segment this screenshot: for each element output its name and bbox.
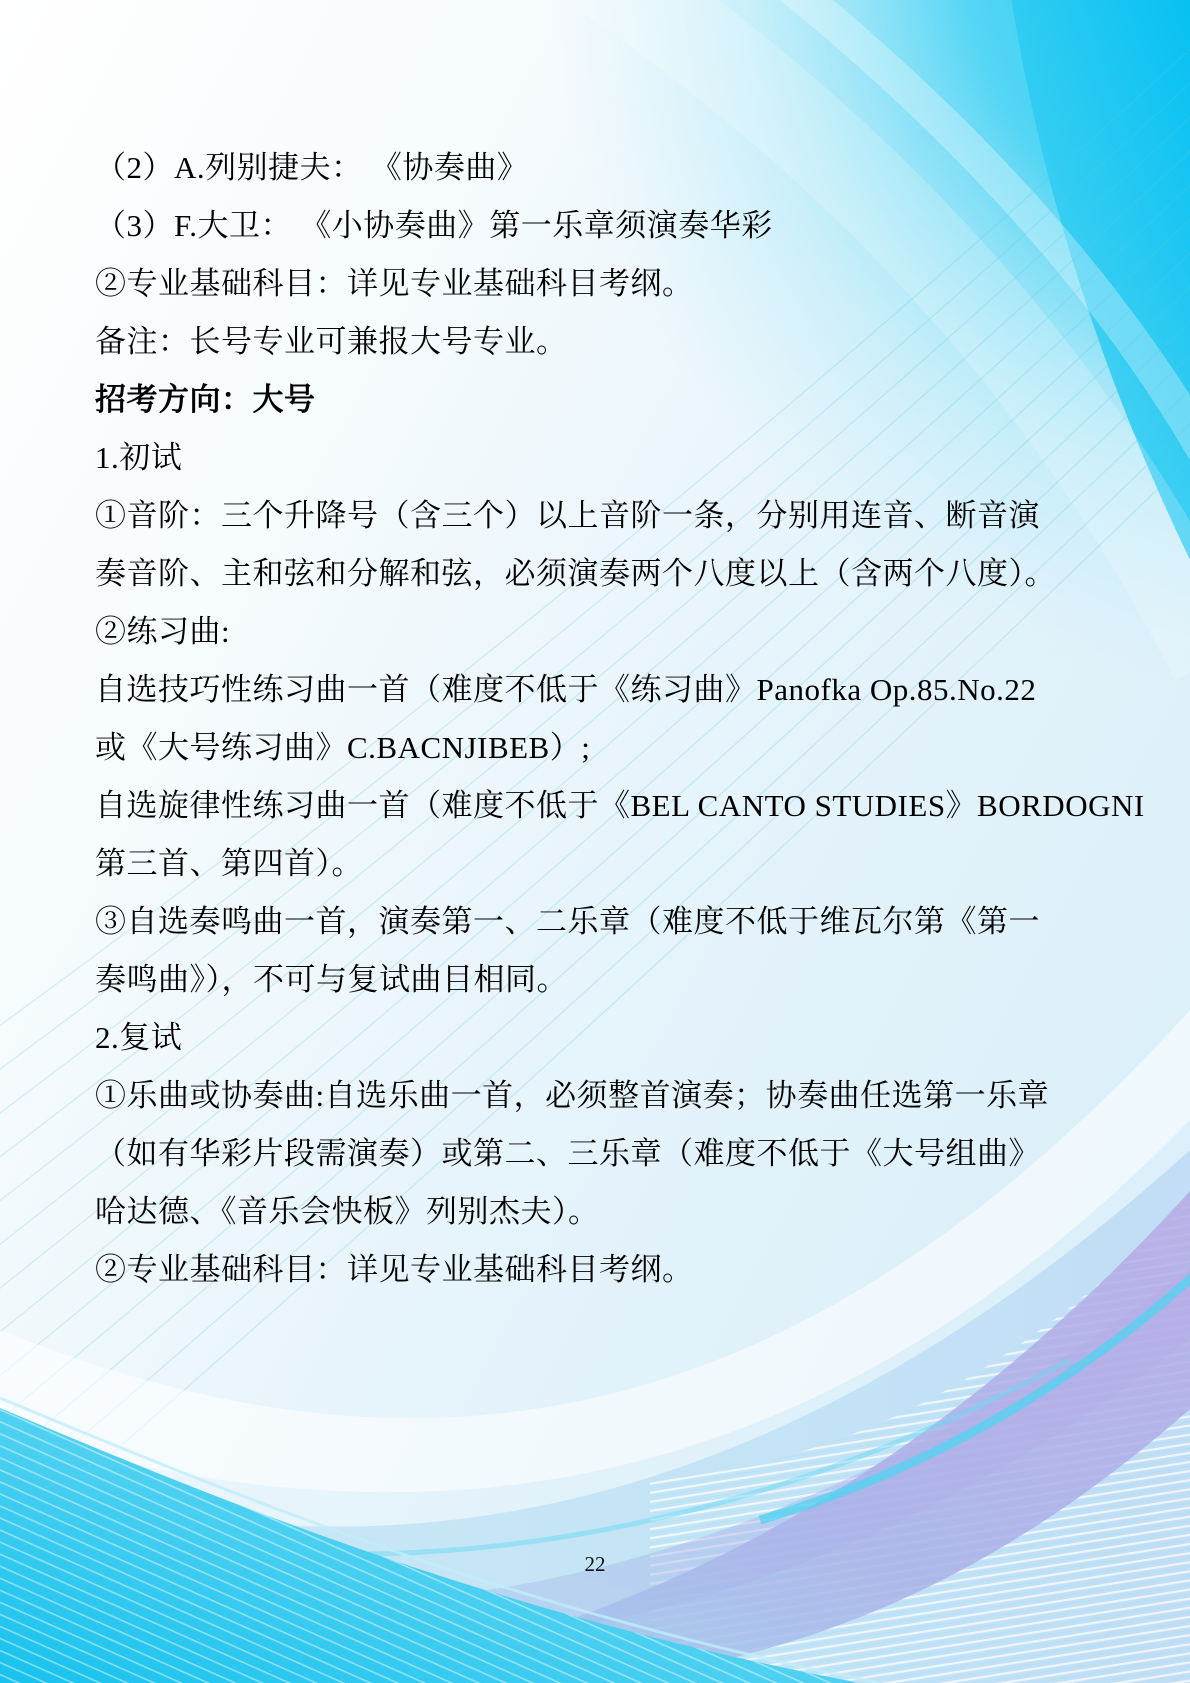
doc-line: ②练习曲: [95,603,1110,661]
page-number: 22 [0,1552,1190,1577]
doc-line: 哈达德、《音乐会快板》列别杰夫）。 [95,1183,1110,1241]
document-text-block: （2）A.列别捷夫： 《协奏曲》 （3）F.大卫： 《小协奏曲》第一乐章须演奏华… [95,139,1110,1299]
doc-line: 或《大号练习曲》C.BACNJIBEB）; [95,719,1110,777]
doc-line: 第三首、第四首）。 [95,835,1110,893]
doc-line: ②专业基础科目：详见专业基础科目考纲。 [95,255,1110,313]
doc-line: 奏音阶、主和弦和分解和弦，必须演奏两个八度以上（含两个八度）。 [95,545,1110,603]
doc-line: ③自选奏鸣曲一首，演奏第一、二乐章（难度不低于维瓦尔第《第一 [95,893,1110,951]
doc-line: ①乐曲或协奏曲:自选乐曲一首，必须整首演奏；协奏曲任选第一乐章 [95,1067,1110,1125]
doc-line: （2）A.列别捷夫： 《协奏曲》 [95,139,1110,197]
doc-line: 自选技巧性练习曲一首（难度不低于《练习曲》Panofka Op.85.No.22 [95,661,1110,719]
document-page: （2）A.列别捷夫： 《协奏曲》 （3）F.大卫： 《小协奏曲》第一乐章须演奏华… [0,0,1190,1683]
doc-line: ①音阶：三个升降号（含三个）以上音阶一条，分别用连音、断音演 [95,487,1110,545]
doc-line: （3）F.大卫： 《小协奏曲》第一乐章须演奏华彩 [95,197,1110,255]
doc-line: 奏鸣曲》），不可与复试曲目相同。 [95,951,1110,1009]
doc-line: 自选旋律性练习曲一首（难度不低于《BEL CANTO STUDIES》BORDO… [95,777,1110,835]
doc-line: 1.初试 [95,429,1110,487]
doc-line: （如有华彩片段需演奏）或第二、三乐章（难度不低于《大号组曲》 [95,1125,1110,1183]
doc-line: 备注：长号专业可兼报大号专业。 [95,313,1110,371]
doc-line: 2.复试 [95,1009,1110,1067]
section-heading: 招考方向：大号 [95,371,1110,429]
doc-line: ②专业基础科目：详见专业基础科目考纲。 [95,1241,1110,1299]
